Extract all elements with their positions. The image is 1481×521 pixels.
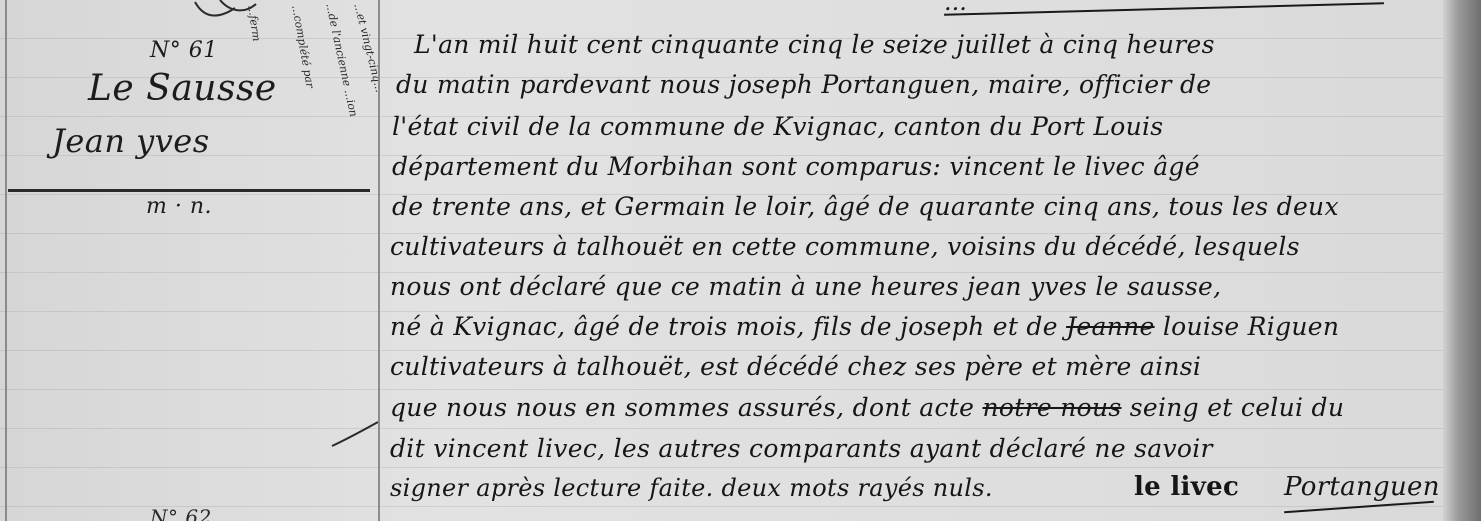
record-line-text: né à Kvignac, âgé de trois mois, fils de… (390, 312, 1066, 341)
struck-word: Jeanne (1066, 312, 1155, 341)
record-line: L'an mil huit cent cinquante cinq le sei… (414, 30, 1215, 59)
deceased-surname: Le Sausse (88, 68, 277, 109)
struck-word: notre nous (983, 393, 1122, 422)
deceased-given-names: Jean yves (52, 122, 210, 160)
act-number: N° 61 (150, 38, 218, 63)
record-line: que nous nous en sommes assurés, dont ac… (390, 393, 1344, 422)
record-line: signer après lecture faite. deux mots ra… (390, 474, 993, 502)
record-line-text: seing et celui du (1121, 393, 1344, 422)
record-line: cultivateurs à talhouët en cette commune… (390, 232, 1300, 261)
record-line-text: que nous nous en sommes assurés, dont ac… (390, 393, 983, 422)
record-line: du matin pardevant nous joseph Portangue… (396, 70, 1211, 99)
next-act-number: N° 62 (150, 505, 212, 521)
margin-annotation: m · n. (146, 194, 212, 219)
previous-signature-underline (944, 2, 1384, 16)
record-line: dit vincent livec, les autres comparants… (390, 434, 1213, 463)
column-divider (378, 0, 380, 521)
record-line: l'état civil de la commune de Kvignac, c… (392, 112, 1163, 141)
margin-flourish-icon (190, 0, 260, 40)
margin-note: ...et vingt-cinq... (351, 2, 386, 94)
pen-stroke-icon (330, 420, 380, 450)
signature-mayor: Portanguen (1284, 472, 1440, 502)
signature-underline (1284, 501, 1434, 513)
margin-column: N° 61 Le Sausse Jean yves m · n. N° 62 .… (0, 0, 378, 521)
record-line-text: louise Riguen (1155, 312, 1340, 341)
margin-divider-rule (8, 189, 370, 192)
margin-note: ...complété par (289, 4, 316, 89)
death-record-body: ... L'an mil huit cent cinquante cinq le… (384, 0, 1444, 521)
record-line: né à Kvignac, âgé de trois mois, fils de… (390, 312, 1339, 341)
book-binding-edge (1443, 0, 1481, 521)
record-line: département du Morbihan sont comparus: v… (392, 152, 1200, 181)
register-page: N° 61 Le Sausse Jean yves m · n. N° 62 .… (0, 0, 1481, 521)
signature-witness: le livec (1134, 472, 1239, 502)
record-line: nous ont déclaré que ce matin à une heur… (390, 272, 1221, 301)
record-line: cultivateurs à talhouët, est décédé chez… (390, 352, 1201, 381)
record-line: de trente ans, et Germain le loir, âgé d… (392, 192, 1339, 221)
